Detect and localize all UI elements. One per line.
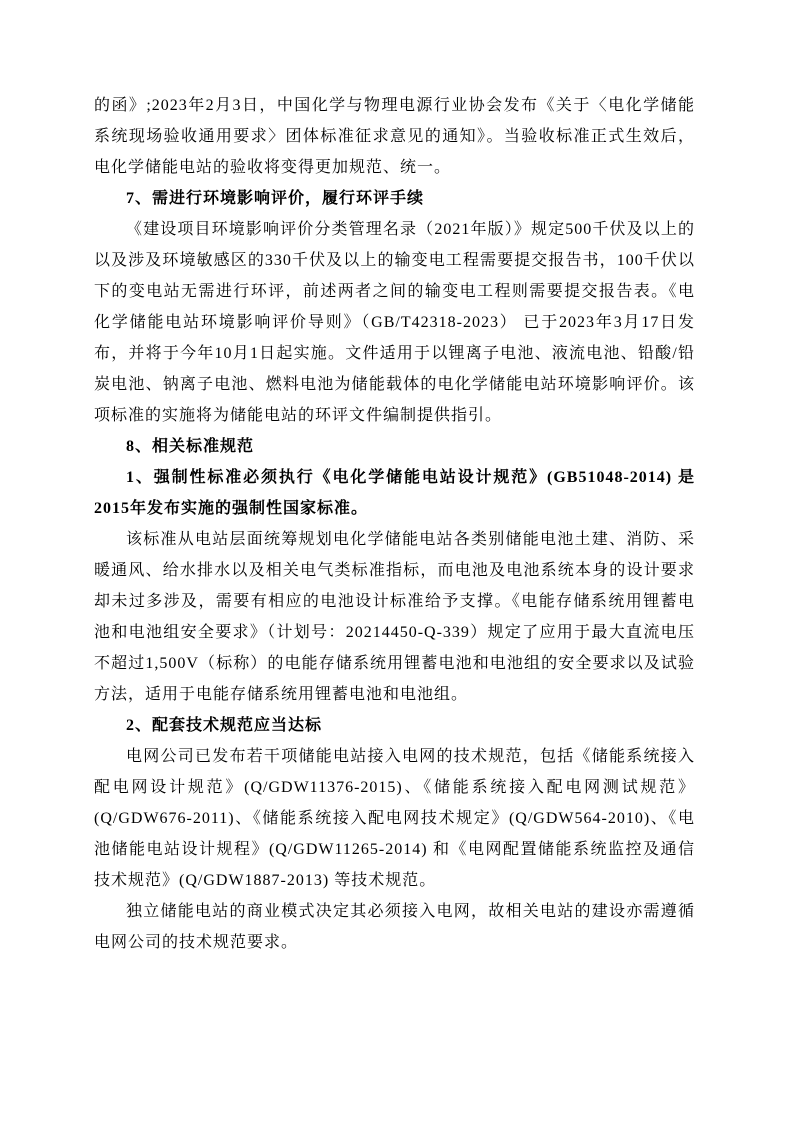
section-heading: 1、强制性标准必须执行《电化学储能电站设计规范》(GB51048-2014) 是… <box>94 462 695 524</box>
section-heading: 8、相关标准规范 <box>94 431 695 462</box>
paragraph: 的函》;2023年2月3日，中国化学与物理电源行业协会发布《关于〈电化学储能系统… <box>94 90 695 183</box>
paragraph: 《建设项目环境影响评价分类管理名录（2021年版）》规定500千伏及以上的以及涉… <box>94 214 695 431</box>
paragraph: 独立储能电站的商业模式决定其必须接入电网，故相关电站的建设亦需遵循电网公司的技术… <box>94 896 695 958</box>
section-heading: 2、配套技术规范应当达标 <box>94 710 695 741</box>
document-content: 的函》;2023年2月3日，中国化学与物理电源行业协会发布《关于〈电化学储能系统… <box>94 90 695 958</box>
section-heading: 7、需进行环境影响评价，履行环评手续 <box>94 183 695 214</box>
document-page: 的函》;2023年2月3日，中国化学与物理电源行业协会发布《关于〈电化学储能系统… <box>0 0 793 1122</box>
paragraph: 该标准从电站层面统筹规划电化学储能电站各类别储能电池土建、消防、采暖通风、给水排… <box>94 524 695 710</box>
paragraph: 电网公司已发布若干项储能电站接入电网的技术规范，包括《储能系统接入配电网设计规范… <box>94 741 695 896</box>
